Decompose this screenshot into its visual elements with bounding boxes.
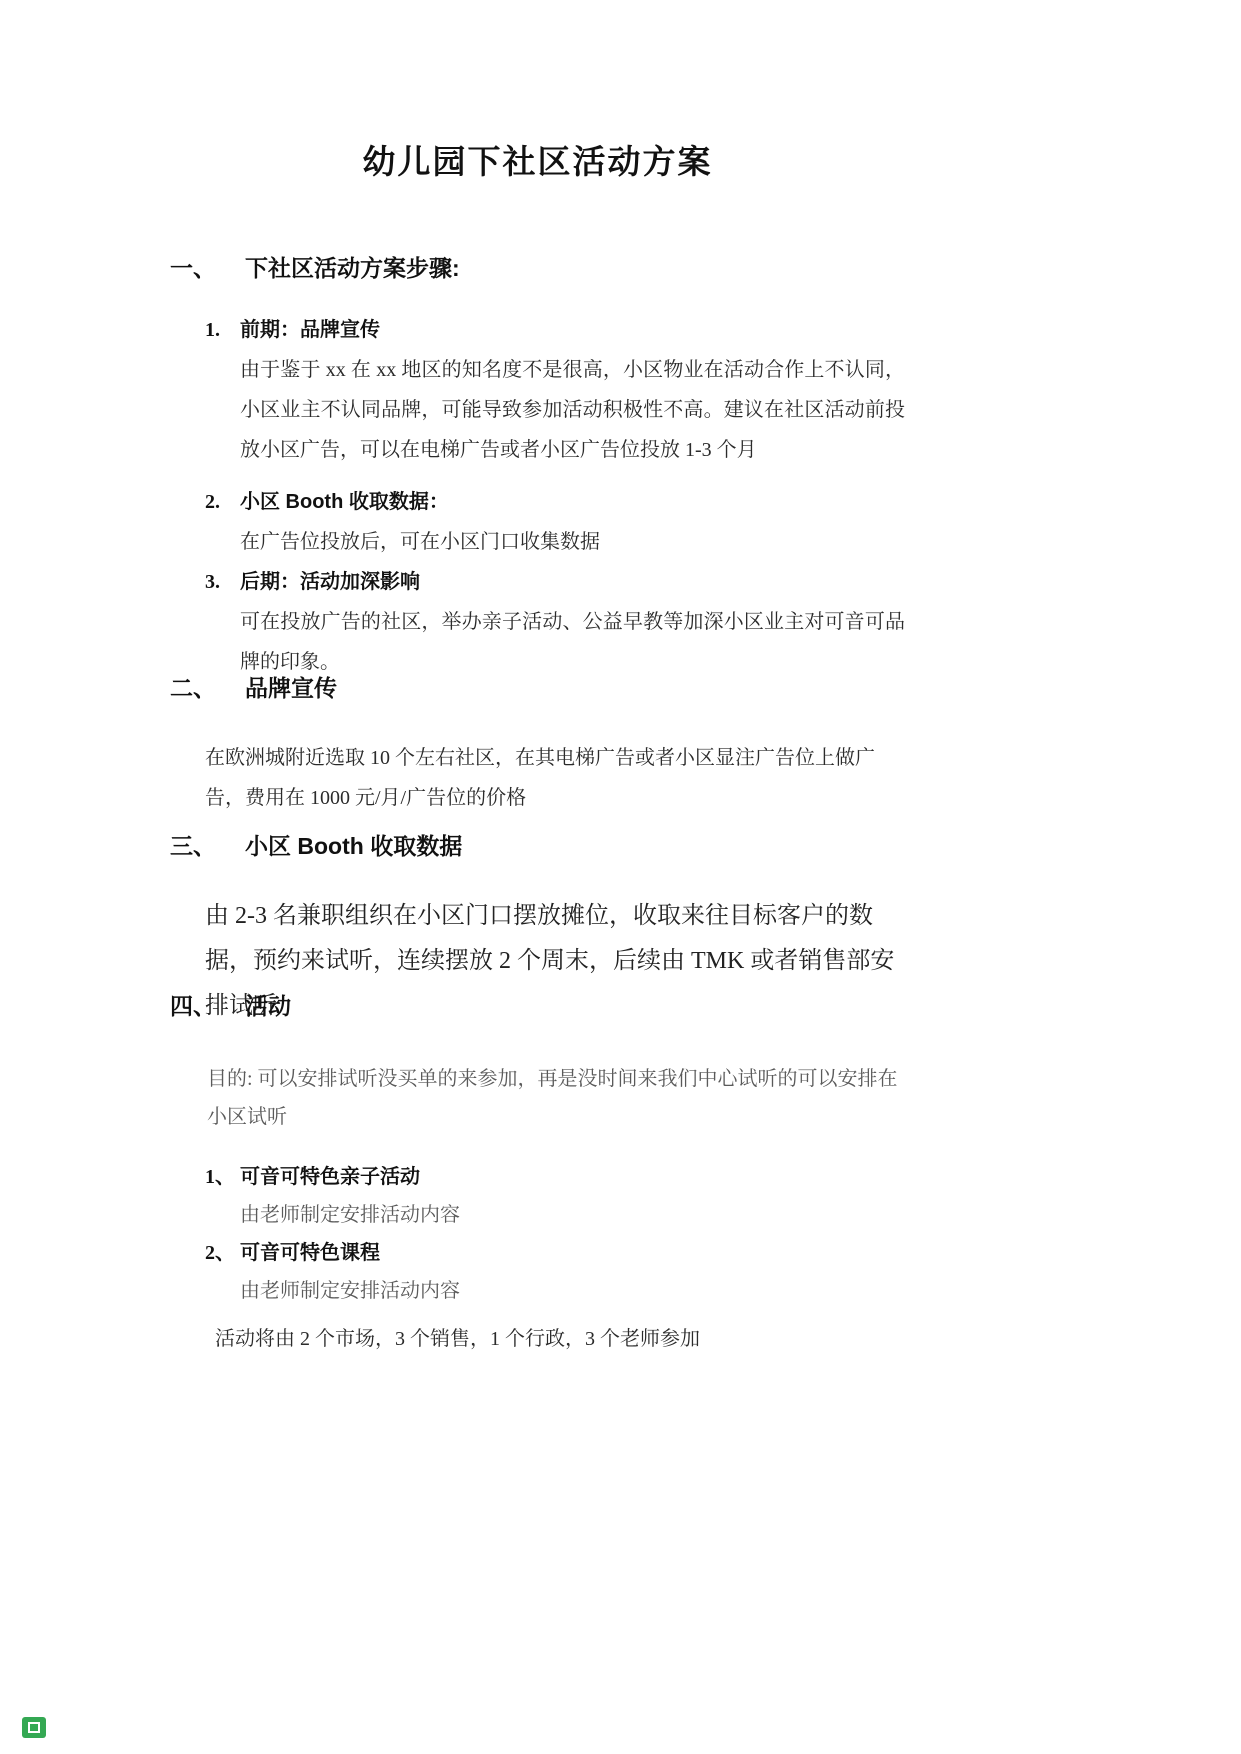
section-3-number: 三、 bbox=[170, 828, 245, 861]
item-number: 3. bbox=[205, 562, 240, 602]
document-page: 幼儿园下社区活动方案 一、 下社区活动方案步骤: 1. 前期：品牌宣传 由于鉴于… bbox=[0, 0, 1241, 1754]
section-4-purpose: 目的: 可以安排试听没买单的来参加，再是没时间来我们中心试听的可以安排在小区试听 bbox=[207, 1060, 907, 1136]
section-3-heading: 三、 小区 Booth 收取数据 bbox=[170, 828, 462, 861]
list-item: 3. 后期：活动加深影响 可在投放广告的社区，举办亲子活动、公益早教等加深小区业… bbox=[205, 562, 905, 682]
section-4-heading: 四、 活动 bbox=[170, 988, 291, 1021]
item-body: 由老师制定安排活动内容 bbox=[240, 1196, 895, 1234]
section-2-number: 二、 bbox=[170, 670, 245, 703]
item-body: 由于鉴于 xx 在 xx 地区的知名度不是很高，小区物业在活动合作上不认同，小区… bbox=[240, 350, 905, 470]
list-item: 2. 小区 Booth 收取数据： 在广告位投放后，可在小区门口收集数据 bbox=[205, 482, 905, 562]
item-number: 1、 bbox=[205, 1158, 240, 1196]
item-heading: 小区 Booth 收取数据： bbox=[240, 482, 449, 522]
section-1-list: 1. 前期：品牌宣传 由于鉴于 xx 在 xx 地区的知名度不是很高，小区物业在… bbox=[205, 310, 905, 682]
item-body: 由老师制定安排活动内容 bbox=[240, 1272, 895, 1310]
section-4-title: 活动 bbox=[245, 988, 291, 1021]
item-heading: 后期：活动加深影响 bbox=[240, 562, 420, 602]
list-item: 2、 可音可特色课程 由老师制定安排活动内容 bbox=[205, 1234, 895, 1310]
item-heading: 可音可特色亲子活动 bbox=[240, 1158, 420, 1196]
section-4-list: 1、 可音可特色亲子活动 由老师制定安排活动内容 2、 可音可特色课程 由老师制… bbox=[205, 1158, 895, 1310]
section-2-title: 品牌宣传 bbox=[245, 670, 337, 703]
list-item: 1、 可音可特色亲子活动 由老师制定安排活动内容 bbox=[205, 1158, 895, 1234]
list-item: 1. 前期：品牌宣传 由于鉴于 xx 在 xx 地区的知名度不是很高，小区物业在… bbox=[205, 310, 905, 470]
section-1-heading: 一、 下社区活动方案步骤: bbox=[170, 250, 460, 283]
section-1-title: 下社区活动方案步骤: bbox=[245, 250, 460, 283]
item-number: 1. bbox=[205, 310, 240, 350]
section-2-body: 在欧洲城附近选取 10 个左右社区，在其电梯广告或者小区显注广告位上做广告，费用… bbox=[205, 738, 905, 818]
item-body: 可在投放广告的社区，举办亲子活动、公益早教等加深小区业主对可音可品牌的印象。 bbox=[240, 602, 905, 682]
section-1-number: 一、 bbox=[170, 250, 245, 283]
item-number: 2、 bbox=[205, 1234, 240, 1272]
section-4-number: 四、 bbox=[170, 988, 245, 1021]
section-3-title: 小区 Booth 收取数据 bbox=[245, 828, 462, 861]
doc-title: 幼儿园下社区活动方案 bbox=[170, 136, 905, 183]
section-2-heading: 二、 品牌宣传 bbox=[170, 670, 337, 703]
item-number: 2. bbox=[205, 482, 240, 522]
section-3-body: 由 2-3 名兼职组织在小区门口摆放摊位，收取来往目标客户的数据，预约来试听，连… bbox=[205, 894, 915, 1029]
green-app-badge-icon bbox=[22, 1717, 46, 1738]
item-body: 在广告位投放后，可在小区门口收集数据 bbox=[240, 522, 905, 562]
participants-line: 活动将由 2 个市场，3 个销售，1 个行政，3 个老师参加 bbox=[215, 1320, 915, 1358]
item-heading: 前期：品牌宣传 bbox=[240, 310, 380, 350]
item-heading: 可音可特色课程 bbox=[240, 1234, 380, 1272]
